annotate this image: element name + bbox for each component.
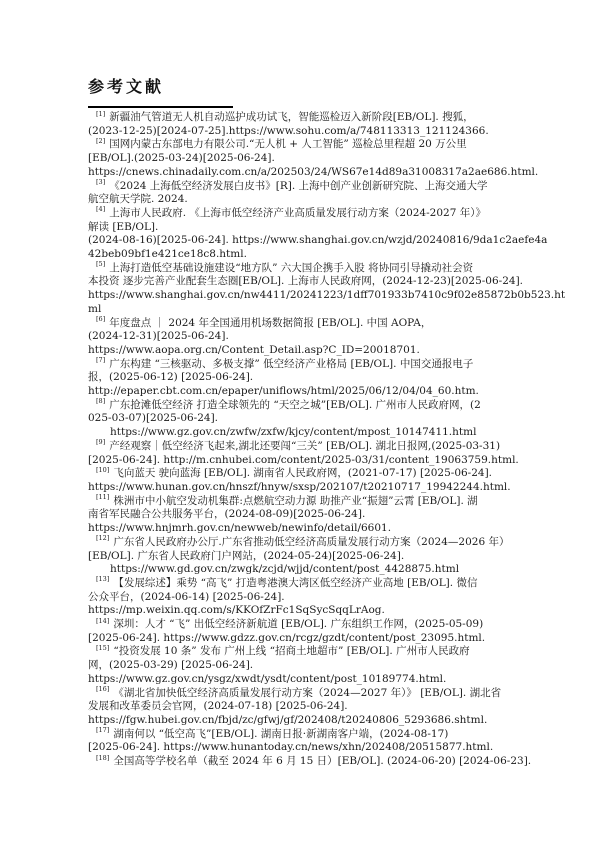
reference-line: 网，(2025-03-29) [2025-06-24]. <box>88 659 253 671</box>
reference-line: 广东抢滩低空经济 打造全球领先的 “天空之城”[EB/OL]. 广州市人民政府网… <box>109 399 481 411</box>
reference-line: https://www.gz.gov.cn/ysgz/xwdt/ysdt/con… <box>88 673 446 685</box>
reference-line: 解读 [EB/OL]. <box>88 221 158 233</box>
reference-item: [8]广东抢滩低空经济 打造全球领先的 “天空之城”[EB/OL]. 广州市人民… <box>88 399 550 440</box>
reference-item: [4]上海市人民政府. 《上海市低空经济产业高质量发展行动方案（2024-202… <box>88 207 550 262</box>
reference-line: 飞向蓝天 驶向蓝海 [EB/OL]. 湖南省人民政府网，(2021-07-17)… <box>113 467 492 479</box>
reference-line: ml <box>88 303 101 315</box>
reference-line: 新疆油气管道无人机自动巡护成功试飞，智能巡检迈入新阶段[EB/OL]. 搜狐， <box>109 111 473 123</box>
reference-item: [13]【发展综述】乘势 “高飞” 打造粤港澳大湾区低空经济产业高地 [EB/O… <box>88 577 550 618</box>
reference-item: [1]新疆油气管道无人机自动巡护成功试飞，智能巡检迈入新阶段[EB/OL]. 搜… <box>88 111 550 138</box>
reference-item: [10]飞向蓝天 驶向蓝海 [EB/OL]. 湖南省人民政府网，(2021-07… <box>88 467 550 494</box>
reference-line: 株洲市中小航空发动机集群:点燃航空动力源 助推产业“振翅”云霄 [EB/OL].… <box>113 495 477 507</box>
reference-line: [2025-06-24]. http://m.cnhubei.com/conte… <box>88 454 519 466</box>
reference-line: https://www.shanghai.gov.cn/nw4411/20241… <box>88 289 565 301</box>
reference-number: [15] <box>96 644 109 652</box>
reference-line: https://cnews.chinadaily.com.cn/a/202503… <box>88 166 538 178</box>
reference-line: 本投资 逐步完善产业配套生态圈[EB/OL]. 上海市人民政府网，(2024-1… <box>88 275 523 287</box>
reference-number: [2] <box>96 137 105 145</box>
reference-list: [1]新疆油气管道无人机自动巡护成功试飞，智能巡检迈入新阶段[EB/OL]. 搜… <box>88 111 550 769</box>
reference-line: 产经观察｜低空经济飞起来,湖北还要闯“三关” [EB/OL]. 湖北日报网,(2… <box>109 440 500 452</box>
reference-number: [9] <box>96 438 105 446</box>
reference-number: [10] <box>96 466 109 474</box>
reference-item: [6]年度盘点 ｜ 2024 年全国通用机场数据简报 [EB/OL]. 中国 A… <box>88 317 550 358</box>
reference-line: 【发展综述】乘势 “高飞” 打造粤港澳大湾区低空经济产业高地 [EB/OL]. … <box>113 577 477 589</box>
reference-line: (2024-12-31)[2025-06-24]. <box>88 330 229 342</box>
reference-number: [17] <box>96 726 109 734</box>
reference-number: [7] <box>96 356 105 364</box>
reference-item: [17]湖南何以 “低空高飞”[EB/OL]. 湖南日报·新湖南客户端，(202… <box>88 728 550 755</box>
reference-line: https://fgw.hubei.gov.cn/fbjd/zc/gfwj/gf… <box>88 714 487 726</box>
separator-rule <box>88 106 233 108</box>
reference-item: [3]《2024 上海低空经济发展白皮书》[R]. 上海中创产业创新研究院、上海… <box>88 180 550 207</box>
reference-number: [18] <box>96 754 109 762</box>
reference-number: [6] <box>96 315 105 323</box>
reference-item: [7]广东构建 “三核驱动、多极支撑” 低空经济产业格局 [EB/OL]. 中国… <box>88 358 550 399</box>
reference-item: [15]“投资发展 10 条” 发布 广州上线 “招商土地超市” [EB/OL]… <box>88 645 550 686</box>
reference-item: [16]《湖北省加快低空经济高质量发展行动方案（2024—2027 年）》 [E… <box>88 687 550 728</box>
reference-number: [4] <box>96 205 105 213</box>
reference-line: 42beb09bf1e421ce18c8.html. <box>88 248 247 260</box>
reference-number: [11] <box>96 493 109 501</box>
reference-item: [11]株洲市中小航空发动机集群:点燃航空动力源 助推产业“振翅”云霄 [EB/… <box>88 495 550 536</box>
reference-item: [2]国网内蒙古东部电力有限公司.“无人机 + 人工智能” 巡检总里程超 20 … <box>88 138 550 179</box>
reference-number: [8] <box>96 397 105 405</box>
reference-line: 公众平台，(2024-06-14) [2025-06-24]. <box>88 591 285 603</box>
reference-line: “投资发展 10 条” 发布 广州上线 “招商土地超市” [EB/OL]. 广州… <box>113 645 469 657</box>
reference-item: [12]广东省人民政府办公厅.广东省推动低空经济高质量发展行动方案（2024—2… <box>88 536 550 577</box>
reference-line: 025-03-07)[2025-06-24]. <box>88 412 218 424</box>
reference-line: 《湖北省加快低空经济高质量发展行动方案（2024—2027 年）》 [EB/OL… <box>113 687 501 699</box>
reference-line: 上海打造低空基础设施建设“地方队” 六大国企携手入股 将协同引导撬动社会资 <box>109 262 473 274</box>
reference-line: 国网内蒙古东部电力有限公司.“无人机 + 人工智能” 巡检总里程超 20 万公里 <box>109 138 466 150</box>
reference-line: (2024-08-16)[2025-06-24]. https://www.sh… <box>88 234 547 246</box>
reference-line: [2025-06-24]. https://www.gdzz.gov.cn/rc… <box>88 632 485 644</box>
reference-line: [2025-06-24]. https://www.hunantoday.cn/… <box>88 741 493 753</box>
reference-line: https://www.aopa.org.cn/Content_Detail.a… <box>88 344 420 356</box>
reference-number: [3] <box>96 178 105 186</box>
reference-number: [16] <box>96 685 109 693</box>
reference-line: https://www.hnjmrh.gov.cn/newweb/newinfo… <box>88 522 391 534</box>
reference-line: (2023-12-25)[2024-07-25].https://www.soh… <box>88 125 489 137</box>
reference-number: [14] <box>96 617 109 625</box>
reference-line: 深圳：人才 “飞” 出低空经济新航道 [EB/OL]. 广东组织工作网，(202… <box>113 618 483 630</box>
reference-line: 年度盘点 ｜ 2024 年全国通用机场数据简报 [EB/OL]. 中国 AOPA… <box>109 317 431 329</box>
reference-line: 《2024 上海低空经济发展白皮书》[R]. 上海中创产业创新研究院、上海交通大… <box>109 180 487 192</box>
reference-line: 南省军民融合公共服务平台，(2024-08-09)[2025-06-24]. <box>88 508 365 520</box>
reference-line: https://www.gd.gov.cn/zwgk/zcjd/wjjd/con… <box>88 563 459 575</box>
reference-line: 湖南何以 “低空高飞”[EB/OL]. 湖南日报·新湖南客户端，(2024-08… <box>113 728 448 740</box>
reference-item: [18]全国高等学校名单（截至 2024 年 6 月 15 日）[EB/OL].… <box>88 755 550 769</box>
reference-line: 全国高等学校名单（截至 2024 年 6 月 15 日）[EB/OL]. (20… <box>113 755 531 767</box>
reference-line: 发展和改革委员会官网，(2024-07-18) [2025-06-24]. <box>88 700 348 712</box>
reference-number: [13] <box>96 575 109 583</box>
reference-item: [5]上海打造低空基础设施建设“地方队” 六大国企携手入股 将协同引导撬动社会资… <box>88 262 550 317</box>
references-title: 参考文献 <box>88 78 550 96</box>
reference-line: https://mp.weixin.qq.com/s/KKOfZrFc1SqSy… <box>88 604 385 616</box>
reference-line: 航空航天学院. 2024. <box>88 193 188 205</box>
reference-number: [12] <box>96 534 109 542</box>
reference-number: [1] <box>96 110 105 118</box>
reference-line: 广东构建 “三核驱动、多极支撑” 低空经济产业格局 [EB/OL]. 中国交通报… <box>109 358 473 370</box>
reference-line: 上海市人民政府. 《上海市低空经济产业高质量发展行动方案（2024-2027 年… <box>109 207 486 219</box>
reference-line: [EB/OL]. 广东省人民政府门户网站，(2024-05-24)[2025-0… <box>88 550 404 562</box>
reference-line: 广东省人民政府办公厅.广东省推动低空经济高质量发展行动方案（2024—2026 … <box>113 536 509 548</box>
reference-number: [5] <box>96 260 105 268</box>
references-section: 参考文献 [1]新疆油气管道无人机自动巡护成功试飞，智能巡检迈入新阶段[EB/O… <box>88 78 550 769</box>
document-page: 参考文献 [1]新疆油气管道无人机自动巡护成功试飞，智能巡检迈入新阶段[EB/O… <box>0 0 596 842</box>
reference-item: [9]产经观察｜低空经济飞起来,湖北还要闯“三关” [EB/OL]. 湖北日报网… <box>88 440 550 467</box>
reference-line: [EB/OL].(2025-03-24)[2025-06-24]. <box>88 152 275 164</box>
reference-line: https://www.gz.gov.cn/zwfw/zxfw/kjcy/con… <box>88 426 476 438</box>
reference-line: 报，(2025-06-12) [2025-06-24]. <box>88 371 253 383</box>
reference-item: [14]深圳：人才 “飞” 出低空经济新航道 [EB/OL]. 广东组织工作网，… <box>88 618 550 645</box>
reference-line: https://www.hunan.gov.cn/hnszf/hnyw/sxsp… <box>88 481 511 493</box>
reference-line: http://epaper.cbt.com.cn/epaper/uniflows… <box>88 385 479 397</box>
